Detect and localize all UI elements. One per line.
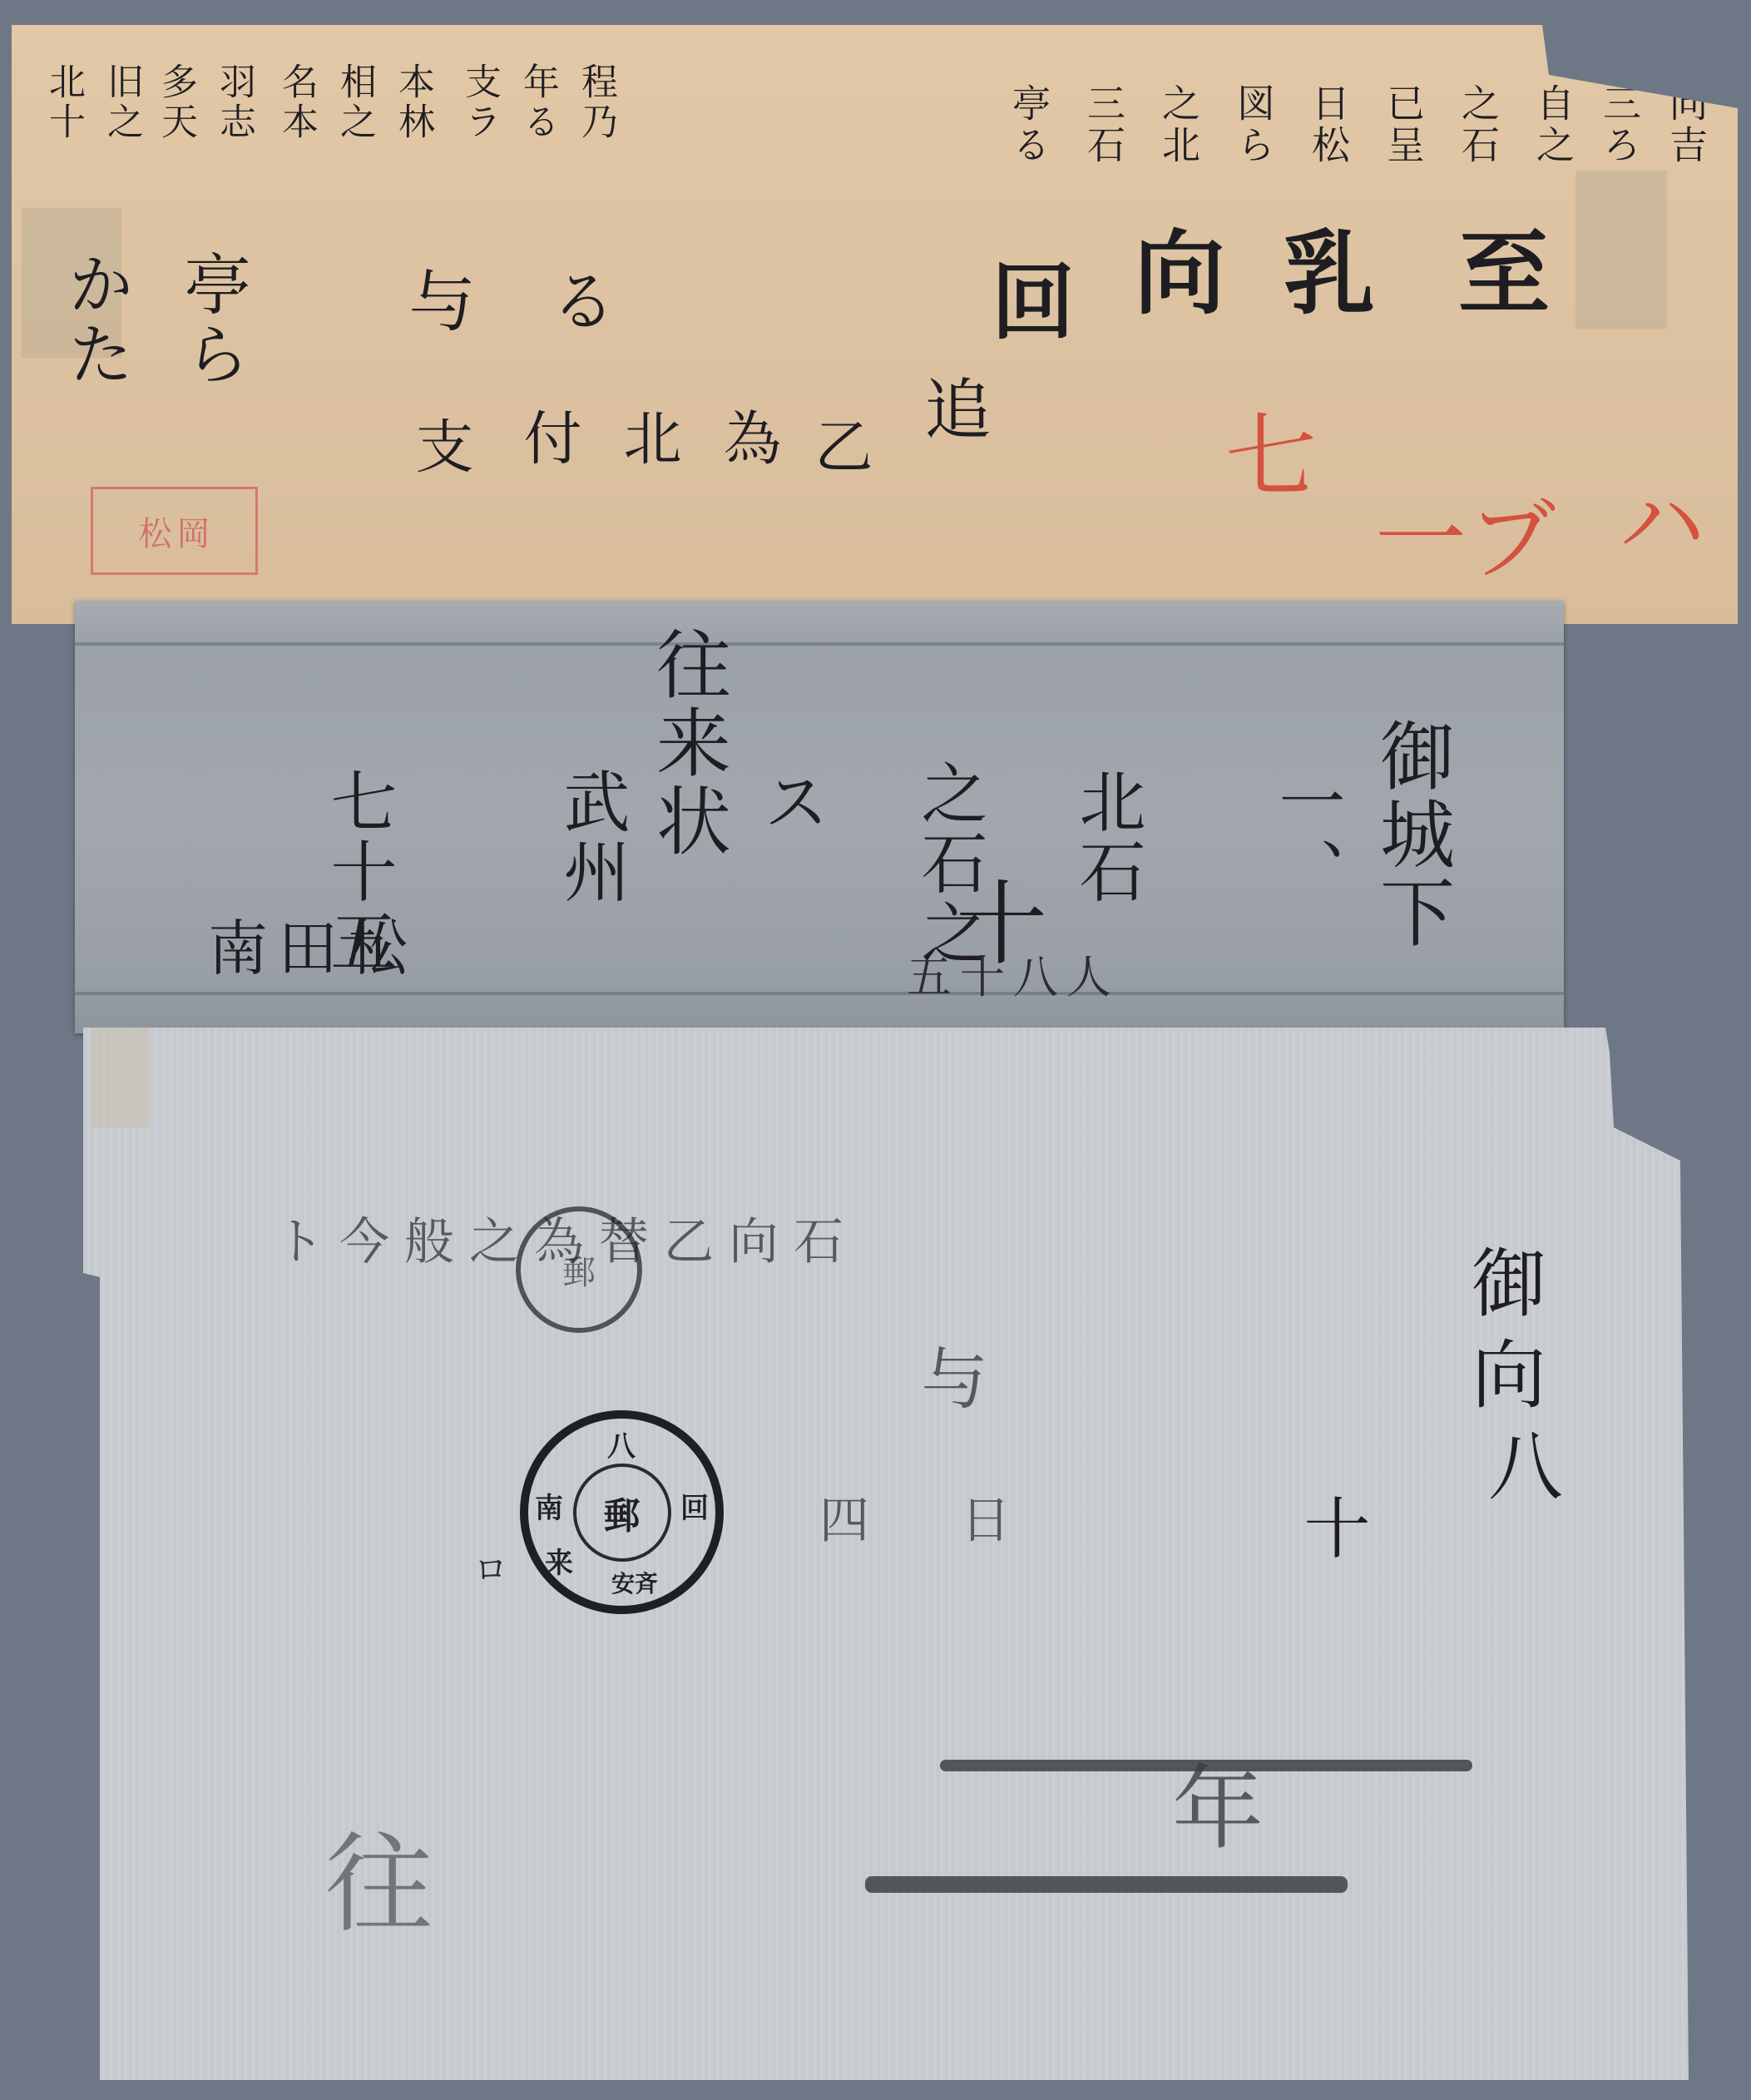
text-column: 日: [957, 1493, 1007, 1547]
address-character: 付: [519, 408, 577, 469]
address-character: 北: [619, 408, 677, 469]
text-column: 御城下: [1373, 717, 1447, 952]
red-annotation: ブ: [1459, 491, 1551, 586]
sheet-heading: 往来状: [649, 626, 724, 860]
postmark-char: 南: [535, 1485, 563, 1526]
text-column: 年: [1165, 1760, 1256, 1855]
postmark-char: 安斉: [611, 1566, 658, 1599]
address-character: 亭ら: [178, 250, 245, 389]
text-column: 旧之: [103, 62, 140, 142]
postmark-char: 回: [680, 1485, 709, 1526]
faint-postmark: 郵: [516, 1206, 642, 1333]
address-character: 向: [1126, 225, 1218, 319]
text-column: 往: [316, 1826, 424, 1938]
address-character: かた: [62, 250, 128, 389]
lower-left-text: 南田松: [208, 900, 418, 987]
address-character: 乳: [1276, 225, 1368, 319]
text-column: ス: [757, 767, 824, 837]
mounting-tape-right: [1575, 171, 1667, 329]
text-column: 日松: [1309, 83, 1348, 166]
postmark-center: 郵: [573, 1464, 671, 1562]
text-column: 程乃: [577, 62, 614, 142]
seal-char: 松: [139, 508, 172, 555]
address-character: 至: [1451, 225, 1542, 319]
text-column: 多天: [157, 62, 194, 142]
text-column: 八: [1481, 1427, 1556, 1505]
text-column: 自之: [1534, 83, 1572, 166]
text-column: 相之: [336, 62, 373, 142]
text-column: 羽志: [215, 62, 252, 142]
middle-wrapper-sheet: 往来状 御城下 一、 北石 之石之 十 ス 武州 七十五 南田松 五十八人: [75, 601, 1564, 1033]
text-column: 与: [915, 1344, 982, 1414]
mounting-tape: [92, 1028, 150, 1127]
top-envelope: 北十 旧之 多天 羽志 名本 相之 本林 支ラ 年る 程乃 向吉 三ろ 自之 之…: [12, 25, 1738, 624]
postmark-char: 郵: [604, 1486, 641, 1539]
text-column: 三ろ: [1600, 83, 1639, 166]
address-character: 支: [411, 416, 469, 478]
red-annotation: ハ: [1609, 474, 1700, 569]
text-column: 亭る: [1010, 83, 1048, 166]
red-annotation: 七: [1218, 408, 1309, 503]
text-column: 四: [815, 1493, 865, 1547]
text-column: 支ラ: [461, 62, 497, 142]
lower-rice-paper-cover: ト今般之為替乙向石 御 向 八 与 十 日 四 郵 郵 八 回 南 来 安斉 ロ…: [83, 1028, 1697, 2080]
red-seal-stamp: 松 岡: [91, 487, 258, 575]
text-column: 年る: [519, 62, 556, 142]
brush-stroke: [865, 1876, 1348, 1893]
seal-char: 岡: [177, 508, 210, 555]
text-column: 北十: [45, 62, 82, 142]
text-column: 名本: [278, 62, 314, 142]
address-character: 追: [918, 374, 985, 444]
text-column: 向吉: [1667, 83, 1705, 166]
fold-line: [75, 992, 1564, 995]
text-column: 御: [1464, 1244, 1539, 1322]
text-column: 十: [1298, 1493, 1364, 1563]
fold-line: [75, 642, 1564, 646]
text-column: 已呈: [1384, 83, 1422, 166]
text-column: 向: [1464, 1335, 1539, 1414]
text-column: 本林: [394, 62, 431, 142]
address-character: る: [544, 266, 611, 336]
address-character: 回: [985, 258, 1068, 344]
address-character: 乙: [810, 416, 868, 478]
postmark-char: 来: [545, 1540, 573, 1581]
postmark-char: 八: [607, 1424, 636, 1464]
red-annotation: 一: [1368, 491, 1459, 586]
side-mark: ロ: [474, 1543, 507, 1591]
text-column: 図ら: [1234, 83, 1273, 166]
lower-right-text: 五十八人: [907, 942, 1120, 1006]
text-column: 武州: [557, 767, 624, 907]
text-column: 一、: [1273, 767, 1339, 907]
text-column: 三石: [1085, 83, 1123, 166]
text-column: 之石: [1459, 83, 1497, 166]
postmark-char: 郵: [562, 1246, 596, 1294]
address-character: 為: [719, 408, 777, 469]
address-character: 与: [403, 266, 469, 336]
text-column: 之北: [1160, 83, 1198, 166]
text-column: 北石: [1073, 767, 1140, 907]
round-postmark: 郵 八 回 南 来 安斉: [520, 1410, 724, 1614]
